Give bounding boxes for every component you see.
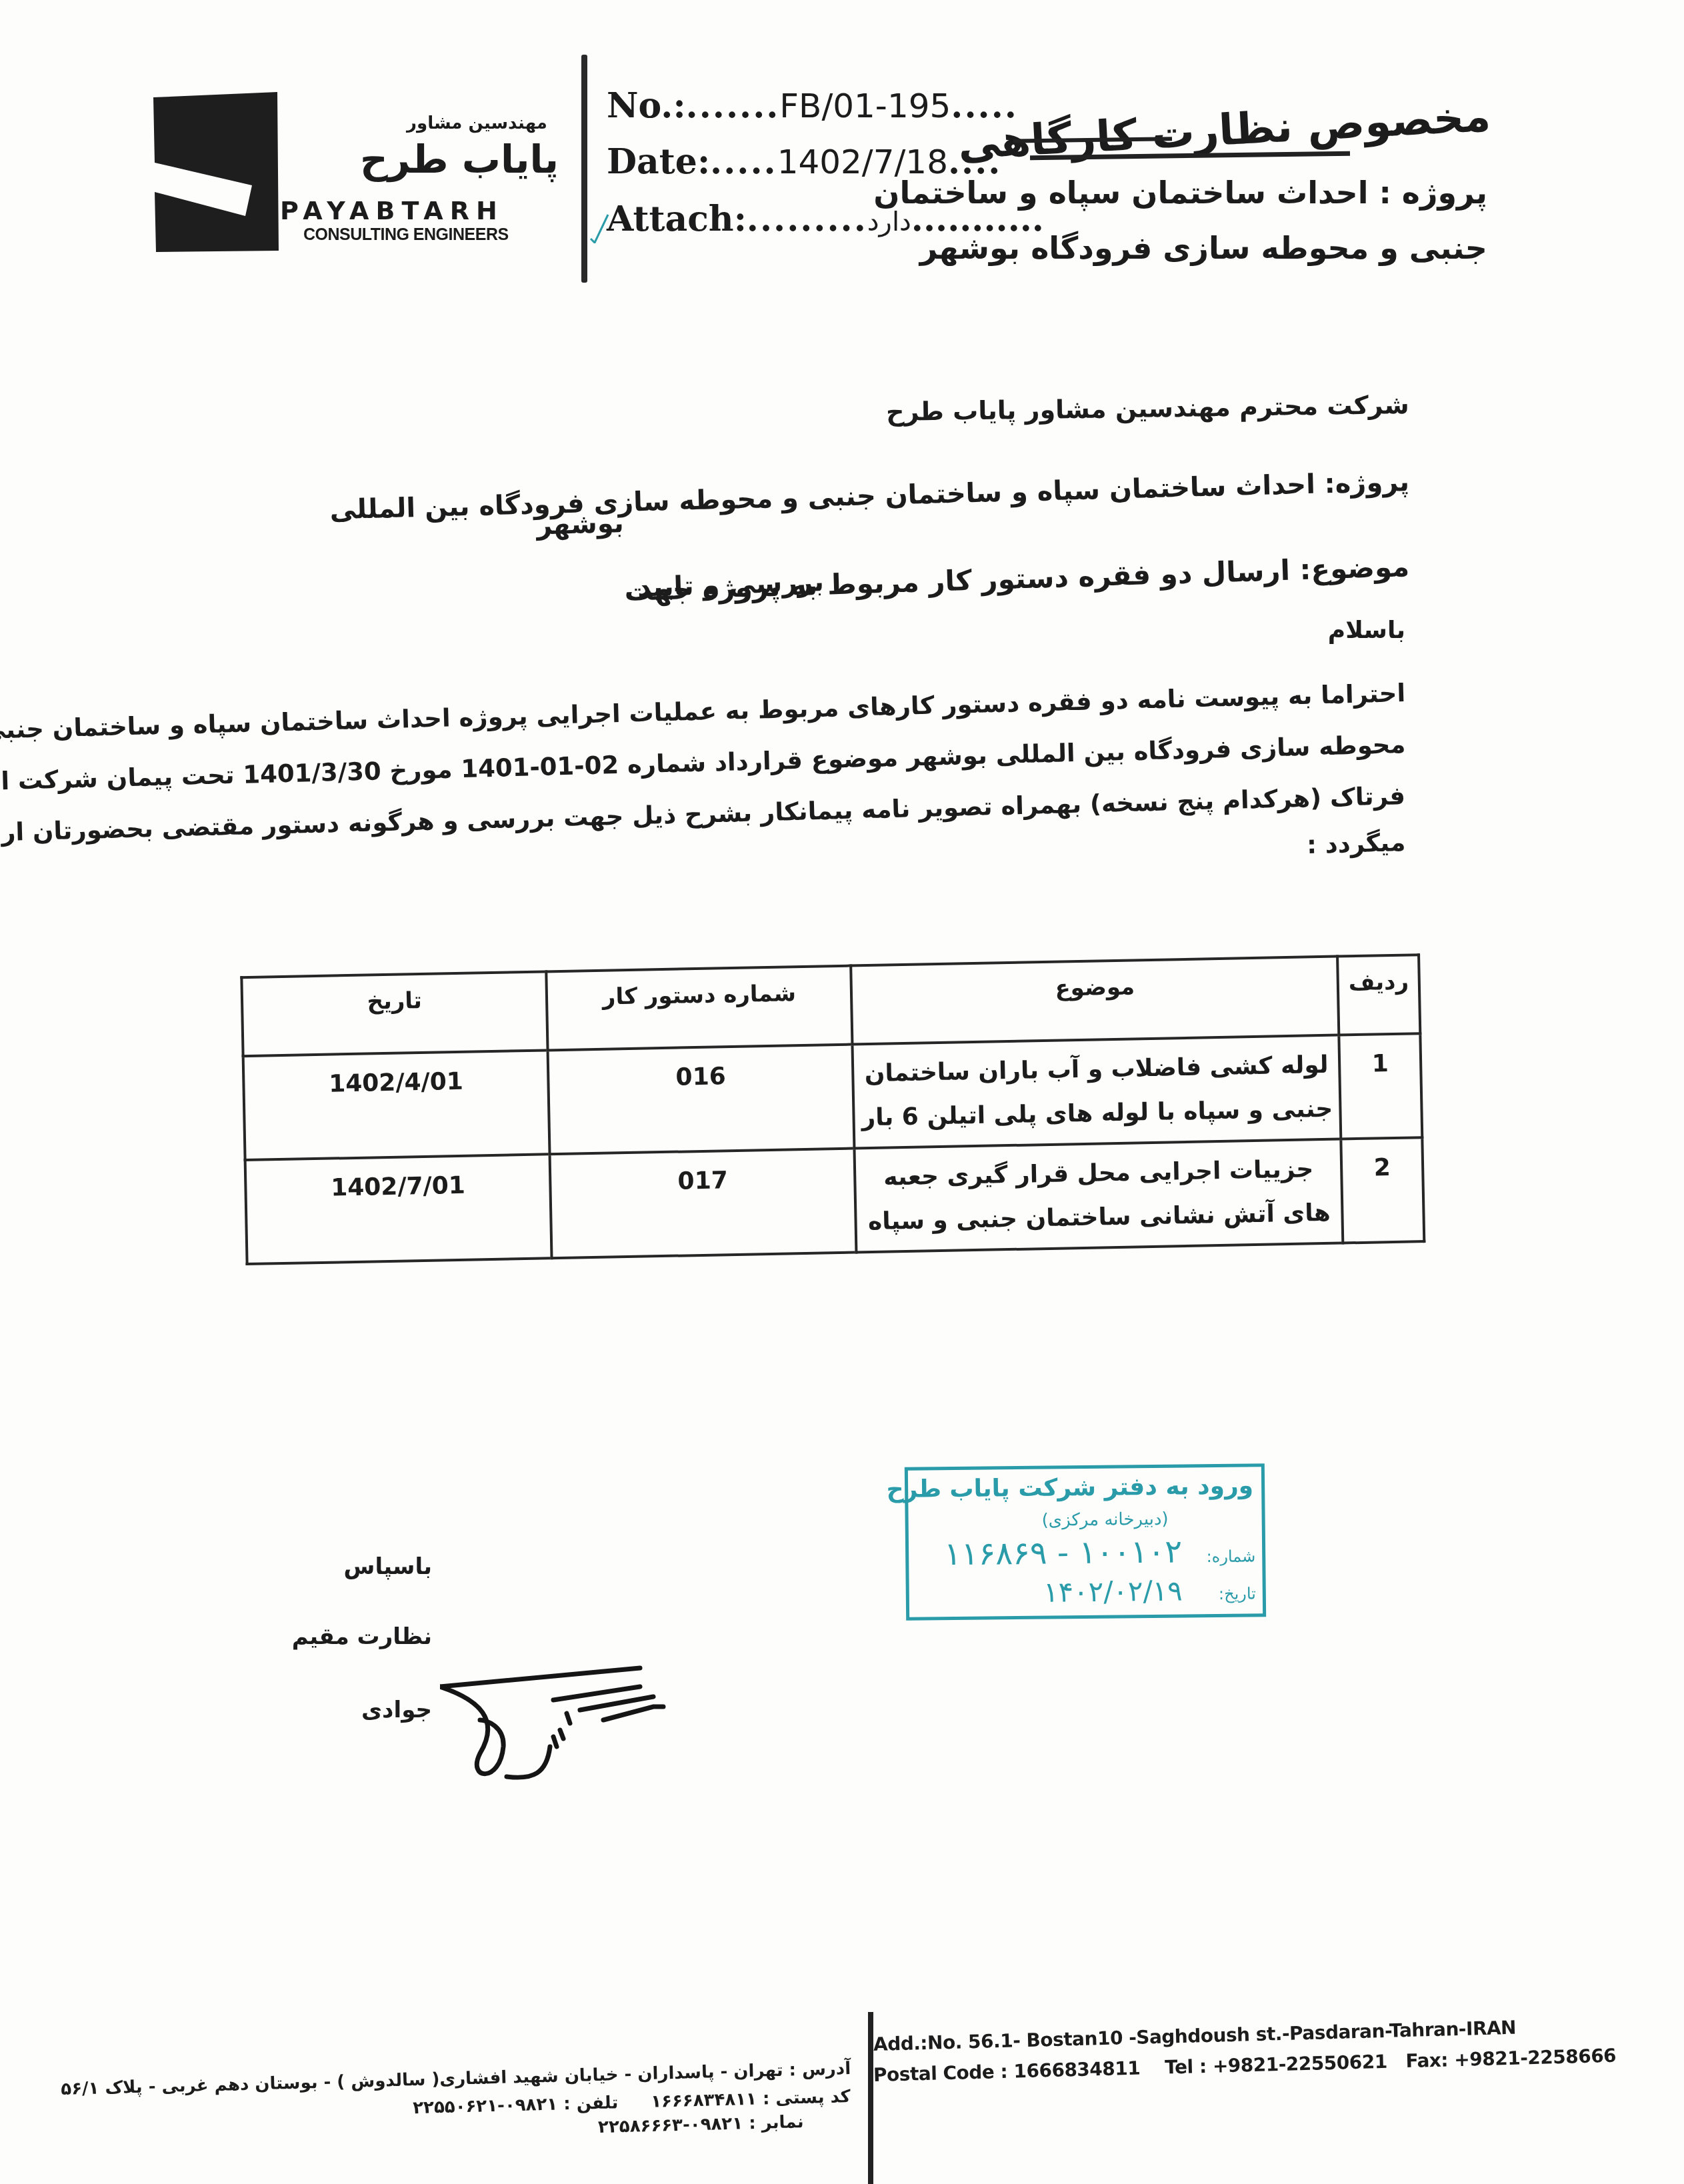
postal-code-label: Postal Code : bbox=[873, 2061, 1008, 2086]
attachment-label: Attach: bbox=[607, 199, 747, 239]
logo-persian-name: پایاب طرح bbox=[360, 137, 559, 182]
signature-icon bbox=[440, 1660, 813, 1793]
work-orders-table: ردیف موضوع شماره دستور کار تاریخ 1 لوله … bbox=[240, 953, 1433, 1283]
subject-line: بررسی و تایید bbox=[637, 567, 824, 603]
paragraph-line: میگردد : bbox=[1306, 828, 1405, 859]
company-logo bbox=[152, 92, 279, 252]
stamp-subtitle: (دبیرخانه مرکزی) bbox=[1041, 1509, 1168, 1531]
letter-number-value: FB/01-195 bbox=[779, 87, 951, 125]
footer-persian-fax: نمابر : ۰۹۸۲۱-۲۲۵۸۶۶۶۳ bbox=[598, 2112, 804, 2137]
receipt-stamp: ورود به دفتر شرکت پایاب طرح (دبیرخانه مر… bbox=[905, 1463, 1266, 1621]
cell-date: 1402/4/01 bbox=[243, 1050, 550, 1160]
stamp-date-value: ۱۴۰۲/۰۲/۱۹ bbox=[1043, 1574, 1183, 1608]
stamp-date-label: تاریخ: bbox=[1219, 1584, 1256, 1603]
header-project-line: پروژه : احداث ساختمان سپاه و ساختمان bbox=[873, 175, 1487, 211]
footer-persian-tel: تلفن : ۰۹۸۲۱-۲۲۵۵۰۶۲۱ bbox=[413, 2093, 619, 2118]
tel-value: +9821-22550621 bbox=[1212, 2051, 1387, 2077]
project-line: بوشهر bbox=[537, 508, 625, 541]
payabtarh-logo-icon bbox=[152, 92, 279, 252]
cell-row-number: 2 bbox=[1341, 1137, 1425, 1243]
header-divider bbox=[581, 55, 587, 283]
stamp-number-label: شماره: bbox=[1207, 1547, 1256, 1566]
tel-label: Tel : bbox=[1165, 2055, 1207, 2079]
fax-value: +9821-2258666 bbox=[1454, 2045, 1617, 2071]
header-row-number: ردیف bbox=[1337, 955, 1420, 1035]
checkmark-icon bbox=[589, 213, 609, 243]
cell-subject: لوله کشی فاضلاب و آب باران ساختمان جنبی … bbox=[853, 1035, 1341, 1149]
letter-number-label: No.: bbox=[607, 85, 686, 126]
logo-persian-subtitle: مهندسین مشاور bbox=[407, 113, 547, 133]
letter-date-label: Date: bbox=[607, 141, 710, 182]
cell-subject: جزییات اجرایی محل قرار گیری جعبه های آتش… bbox=[855, 1139, 1343, 1253]
closing-thanks: باسپاس bbox=[343, 1553, 432, 1580]
paragraph-line: فرتاک (هرکدام پنج نسخه) بهمراه تصویر نام… bbox=[0, 781, 1406, 848]
table-row: 2 جزییات اجرایی محل قرار گیری جعبه های آ… bbox=[245, 1137, 1425, 1264]
signer-name: جوادی bbox=[361, 1697, 432, 1723]
signer-role: نظارت مقیم bbox=[292, 1623, 432, 1650]
cell-row-number: 1 bbox=[1339, 1033, 1423, 1139]
attachment-value: دارد bbox=[867, 207, 911, 237]
logo-english-name: PAYABTARH bbox=[280, 196, 504, 225]
cell-order-number: 016 bbox=[548, 1045, 855, 1155]
header-subject: موضوع bbox=[851, 957, 1339, 1045]
postal-code-value: 1666834811 bbox=[1013, 2057, 1141, 2083]
cell-order-number: 017 bbox=[550, 1149, 857, 1259]
stamp-title: ورود به دفتر شرکت پایاب طرح bbox=[886, 1472, 1253, 1503]
cell-date: 1402/7/01 bbox=[245, 1154, 552, 1264]
greeting: باسلام bbox=[1328, 617, 1405, 644]
fax-label: Fax: bbox=[1405, 2049, 1448, 2072]
project-line: پروژه: احداث ساختمان سپاه و ساختمان جنبی… bbox=[329, 467, 1410, 525]
addressee: شرکت محترم مهندسین مشاور پایاب طرح bbox=[886, 390, 1409, 427]
header-order-number: شماره دستور کار bbox=[547, 966, 853, 1051]
header-project-line: جنبی و محوطه سازی فرودگاه بوشهر bbox=[920, 230, 1487, 266]
stamp-number-value: ۱۰۰۱۰۲ - ۱۱۶۸۶۹ bbox=[944, 1533, 1183, 1573]
footer-persian-postal: کد پستی : ۱۶۶۶۸۳۴۸۱۱ bbox=[651, 2087, 851, 2112]
logo-english-subtitle: CONSULTING ENGINEERS bbox=[303, 225, 509, 245]
header-date: تاریخ bbox=[241, 971, 547, 1056]
